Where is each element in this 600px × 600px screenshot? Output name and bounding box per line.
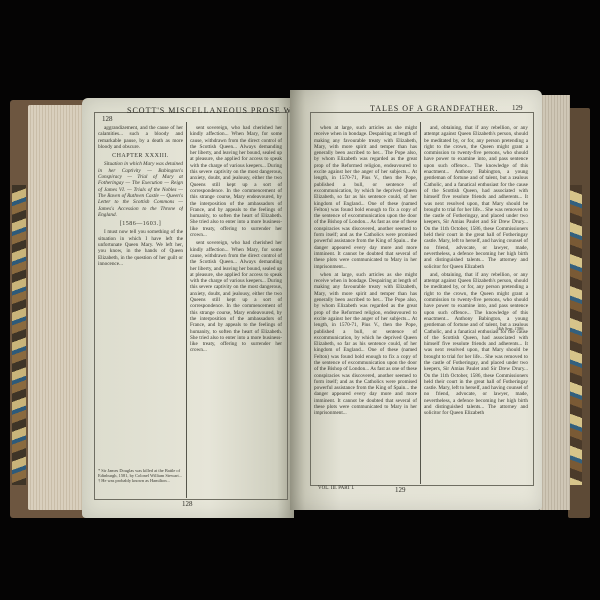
chapter-summary: Situation in which Mary was detained in … [98,161,183,218]
body-text: I must now tell you something of the sit… [98,229,183,267]
left-footer-signature: 128 [182,500,193,508]
right-running-header: TALES OF A GRANDFATHER. [370,104,498,113]
right-col-1: when at large, such articles as she migh… [314,125,417,480]
right-footer-volume: VOL. III. PART I. [318,486,354,491]
body-text: sent sovereign, who had cherished her ki… [190,125,282,238]
body-text: when at large, such articles as she migh… [314,125,417,270]
right-col-2: and, obtaining, that if any rebellion, o… [424,125,528,480]
book-photo: 128 SCOTT'S MISCELLANEOUS PROSE WORKS. a… [0,0,600,600]
marbled-cover-right [570,185,582,485]
footnote: † He was probably known as Hamilton... [98,478,183,483]
left-page-number: 128 [102,115,113,123]
right-page: TALES OF A GRANDFATHER. 129 when at larg… [290,90,542,510]
left-page: 128 SCOTT'S MISCELLANEOUS PROSE WORKS. a… [82,98,294,518]
left-col-1: aggrandizement, and the cause of her cal… [98,125,183,465]
right-footer-signature: 129 [395,486,406,494]
body-text: sent sovereign, who had cherished her ki… [190,240,282,353]
chapter-dates: [1586—1603.] [98,221,183,227]
margin-note: 14th Sept. 1586. [496,326,525,331]
column-rule-left [186,122,187,498]
body-text: and, obtaining, that if any rebellion, o… [424,272,528,417]
footnote: * Sir James Douglas was killed at the Ba… [98,468,183,478]
footnotes: * Sir James Douglas was killed at the Ba… [98,468,183,496]
page-block-edge-right [540,95,570,510]
body-text: aggrandizement, and the cause of her cal… [98,125,183,150]
chapter-title: CHAPTER XXXIII. [98,153,183,159]
body-text: and, obtaining, that if any rebellion, o… [424,125,528,270]
body-text: when at large, such articles as she migh… [314,272,417,417]
marbled-cover-left [12,185,26,485]
column-rule-right [420,122,421,484]
right-page-number: 129 [512,104,523,112]
left-col-2: sent sovereign, who had cherished her ki… [190,125,282,493]
page-block-edge-left [28,105,90,510]
